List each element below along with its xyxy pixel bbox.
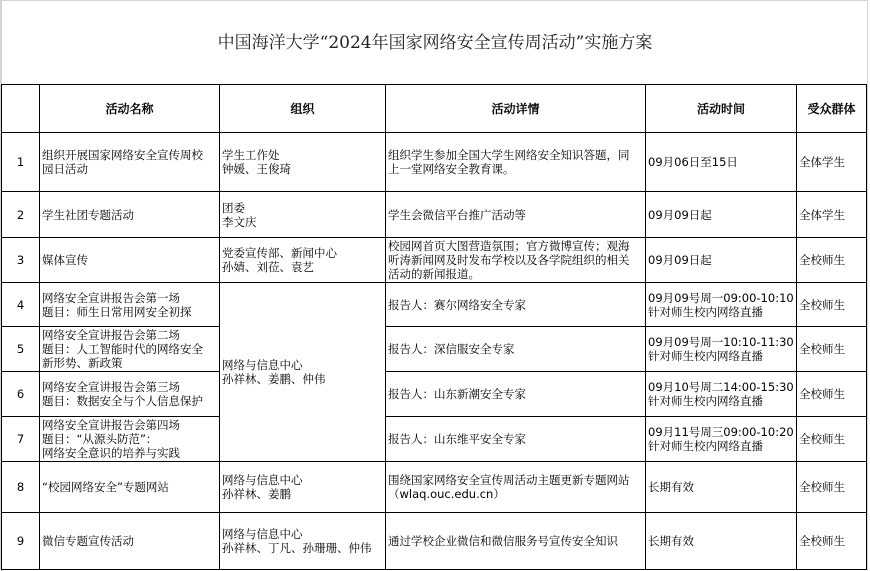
audience: 全体学生: [797, 192, 867, 238]
row-index: 5: [2, 327, 40, 372]
row-index-text: 2: [4, 208, 37, 222]
organizer-text: 党委宣传部、新闻中心: [222, 246, 383, 260]
activity-details: 报告人：深信服安全专家: [386, 327, 646, 372]
activity-name-text: 媒体宣传: [42, 253, 217, 267]
header-activity-name: 活动名称: [40, 85, 220, 133]
activity-name-text: 题目：师生日常用网安全初探: [42, 305, 217, 319]
audience-text: 全校师生: [799, 253, 864, 267]
audience-text: 全校师生: [799, 387, 864, 401]
audience-text: 全校师生: [799, 480, 864, 494]
activity-details: 校园网首页大图营造氛围；官方微博宣传；观海听涛新闻网及时发布学校以及各学院组织的…: [386, 238, 646, 283]
organizer: 团委李文庆: [220, 192, 386, 238]
activity-name: 网络安全宣讲报告会第四场题目：“从源头防范”：网络安全意识的培养与实践: [40, 417, 220, 462]
activity-time: 09月06日至15日: [646, 133, 797, 192]
activity-details-text: 听涛新闻网及时发布学校以及各学院组织的相关: [388, 253, 643, 267]
activity-details-text: 报告人：深信服安全专家: [388, 342, 643, 356]
organizer: 网络与信息中心孙祥林、姜鹏、仲伟: [220, 283, 386, 462]
activity-name: 学生社团专题活动: [40, 192, 220, 238]
activity-details: 围绕国家网络安全宣传周活动主题更新专题网站（wlaq.ouc.edu.cn）: [386, 462, 646, 513]
table-row: 6网络安全宣讲报告会第三场题目：数据安全与个人信息保护报告人：山东新潮安全专家0…: [2, 372, 867, 417]
organizer-text: 网络与信息中心: [222, 473, 383, 487]
organizer: 网络与信息中心孙祥林、姜鹏: [220, 462, 386, 513]
table-row: 9微信专题宣传活动网络与信息中心孙祥林、丁凡、孙珊珊、仲伟通过学校企业微信和微信…: [2, 513, 867, 570]
header-index: [2, 85, 40, 133]
activity-details-text: 报告人：赛尔网络安全专家: [388, 298, 643, 312]
activity-details: 报告人：山东维平安全专家: [386, 417, 646, 462]
table-row: 2学生社团专题活动团委李文庆学生会微信平台推广活动等09月09日起全体学生: [2, 192, 867, 238]
organizer-text: 孙婧、刘莅、袁艺: [222, 260, 383, 274]
audience: 全校师生: [797, 327, 867, 372]
activity-name-text: 网络安全宣讲报告会第四场: [42, 418, 217, 432]
activity-name-text: 网络安全意识的培养与实践: [42, 446, 217, 460]
row-index-text: 8: [4, 480, 37, 494]
activity-time: 长期有效: [646, 462, 797, 513]
organizer-text: 钟媛、王俊琦: [222, 162, 383, 176]
row-index-text: 4: [4, 298, 37, 312]
organizer-text: 孙祥林、丁凡、孙珊珊、仲伟: [222, 541, 383, 555]
activity-name-text: “校园网络安全”专题网站: [42, 480, 217, 494]
organizer: 学生工作处钟媛、王俊琦: [220, 133, 386, 192]
activity-time-text: 针对师生校内网络直播: [648, 439, 794, 453]
activity-details-text: 通过学校企业微信和微信服务号宣传安全知识: [388, 534, 643, 548]
audience: 全校师生: [797, 372, 867, 417]
audience-text: 全校师生: [799, 298, 864, 312]
row-index: 8: [2, 462, 40, 513]
activity-name: 微信专题宣传活动: [40, 513, 220, 570]
audience: 全校师生: [797, 513, 867, 570]
activity-details-text: 活动的新闻报道。: [388, 267, 643, 281]
audience-text: 全体学生: [799, 208, 864, 222]
table-header-row: 活动名称 组织 活动详情 活动时间 受众群体: [2, 85, 867, 133]
organizer-text: 团委: [222, 201, 383, 215]
table-row: 4网络安全宣讲报告会第一场题目：师生日常用网安全初探网络与信息中心孙祥林、姜鹏、…: [2, 283, 867, 327]
audience-text: 全校师生: [799, 534, 864, 548]
audience: 全体学生: [797, 133, 867, 192]
audience-text: 全校师生: [799, 432, 864, 446]
row-index-text: 9: [4, 534, 37, 548]
organizer-text: 网络与信息中心: [222, 527, 383, 541]
audience: 全校师生: [797, 462, 867, 513]
activity-name-text: 题目：“从源头防范”：: [42, 432, 217, 446]
activity-details-text: 报告人：山东新潮安全专家: [388, 387, 643, 401]
activity-name: 网络安全宣讲报告会第二场题目：人工智能时代的网络安全新形势、新政策: [40, 327, 220, 372]
activity-time-text: 长期有效: [648, 480, 794, 494]
activity-time-text: 长期有效: [648, 534, 794, 548]
activity-details: 组织学生参加全国大学生网络安全知识答题，同上一堂网络安全教育课。: [386, 133, 646, 192]
plan-table: 活动名称 组织 活动详情 活动时间 受众群体 1组织开展国家网络安全宣传周校园日…: [1, 84, 867, 570]
audience-text: 全校师生: [799, 342, 864, 356]
activity-name-text: 学生社团专题活动: [42, 208, 217, 222]
activity-time: 长期有效: [646, 513, 797, 570]
table-row: 3媒体宣传党委宣传部、新闻中心孙婧、刘莅、袁艺校园网首页大图营造氛围；官方微博宣…: [2, 238, 867, 283]
activity-name-text: 题目：人工智能时代的网络安全: [42, 342, 217, 356]
activity-name: 媒体宣传: [40, 238, 220, 283]
activity-time: 09月09日起: [646, 238, 797, 283]
table-row: 8“校园网络安全”专题网站网络与信息中心孙祥林、姜鹏围绕国家网络安全宣传周活动主…: [2, 462, 867, 513]
activity-details-text: 围绕国家网络安全宣传周活动主题更新专题网站: [388, 473, 643, 487]
activity-name-text: 新形势、新政策: [42, 356, 217, 370]
activity-time-text: 09月09号周一10:10-11:30: [648, 335, 794, 349]
activity-time-text: 针对师生校内网络直播: [648, 349, 794, 363]
table-row: 1组织开展国家网络安全宣传周校园日活动学生工作处钟媛、王俊琦组织学生参加全国大学…: [2, 133, 867, 192]
activity-name: 网络安全宣讲报告会第一场题目：师生日常用网安全初探: [40, 283, 220, 327]
activity-time-text: 09月06日至15日: [648, 155, 794, 169]
activity-time-text: 09月11号周三09:00-10:20: [648, 425, 794, 439]
activity-time-text: 针对师生校内网络直播: [648, 305, 794, 319]
activity-name-text: 组织开展国家网络安全宣传周校: [42, 148, 217, 162]
table-row: 5网络安全宣讲报告会第二场题目：人工智能时代的网络安全新形势、新政策报告人：深信…: [2, 327, 867, 372]
row-index: 4: [2, 283, 40, 327]
activity-details-text: 报告人：山东维平安全专家: [388, 432, 643, 446]
audience: 全校师生: [797, 238, 867, 283]
activity-name: 组织开展国家网络安全宣传周校园日活动: [40, 133, 220, 192]
organizer: 网络与信息中心孙祥林、丁凡、孙珊珊、仲伟: [220, 513, 386, 570]
organizer: 党委宣传部、新闻中心孙婧、刘莅、袁艺: [220, 238, 386, 283]
row-index-text: 7: [4, 432, 37, 446]
activity-name-text: 网络安全宣讲报告会第一场: [42, 291, 217, 305]
activity-name-text: 题目：数据安全与个人信息保护: [42, 394, 217, 408]
audience: 全校师生: [797, 417, 867, 462]
activity-name-text: 园日活动: [42, 162, 217, 176]
table-row: 7网络安全宣讲报告会第四场题目：“从源头防范”：网络安全意识的培养与实践报告人：…: [2, 417, 867, 462]
row-index: 6: [2, 372, 40, 417]
activity-time-text: 09月09号周一09:00-10:10: [648, 291, 794, 305]
header-organizer: 组织: [220, 85, 386, 133]
activity-details: 报告人：赛尔网络安全专家: [386, 283, 646, 327]
audience-text: 全体学生: [799, 155, 864, 169]
activity-name-text: 微信专题宣传活动: [42, 534, 217, 548]
header-details: 活动详情: [386, 85, 646, 133]
activity-details-text: （wlaq.ouc.edu.cn）: [388, 487, 643, 501]
row-index: 9: [2, 513, 40, 570]
activity-name-text: 网络安全宣讲报告会第二场: [42, 328, 217, 342]
activity-time-text: 09月09日起: [648, 208, 794, 222]
activity-name: 网络安全宣讲报告会第三场题目：数据安全与个人信息保护: [40, 372, 220, 417]
row-index: 2: [2, 192, 40, 238]
header-audience: 受众群体: [797, 85, 867, 133]
activity-details: 学生会微信平台推广活动等: [386, 192, 646, 238]
header-time: 活动时间: [646, 85, 797, 133]
row-index-text: 6: [4, 387, 37, 401]
activity-time-text: 针对师生校内网络直播: [648, 394, 794, 408]
activity-details-text: 学生会微信平台推广活动等: [388, 208, 643, 222]
organizer-text: 孙祥林、姜鹏、仲伟: [222, 372, 383, 386]
activity-time-text: 09月10号周二14:00-15:30: [648, 380, 794, 394]
activity-time: 09月10号周二14:00-15:30针对师生校内网络直播: [646, 372, 797, 417]
organizer-text: 孙祥林、姜鹏: [222, 487, 383, 501]
activity-name-text: 网络安全宣讲报告会第三场: [42, 380, 217, 394]
activity-time: 09月09号周一10:10-11:30针对师生校内网络直播: [646, 327, 797, 372]
activity-name: “校园网络安全”专题网站: [40, 462, 220, 513]
audience: 全校师生: [797, 283, 867, 327]
activity-time: 09月11号周三09:00-10:20针对师生校内网络直播: [646, 417, 797, 462]
activity-details-text: 上一堂网络安全教育课。: [388, 162, 643, 176]
organizer-text: 李文庆: [222, 215, 383, 229]
organizer-text: 学生工作处: [222, 148, 383, 162]
organizer-text: 网络与信息中心: [222, 358, 383, 372]
row-index: 1: [2, 133, 40, 192]
activity-details-text: 校园网首页大图营造氛围；官方微博宣传；观海: [388, 239, 643, 253]
row-index-text: 3: [4, 253, 37, 267]
activity-time-text: 09月09日起: [648, 253, 794, 267]
row-index: 7: [2, 417, 40, 462]
document-title: 中国海洋大学“2024年国家网络安全宣传周活动”实施方案: [0, 28, 870, 53]
row-index-text: 1: [4, 155, 37, 169]
activity-details-text: 组织学生参加全国大学生网络安全知识答题，同: [388, 148, 643, 162]
activity-time: 09月09日起: [646, 192, 797, 238]
row-index-text: 5: [4, 342, 37, 356]
activity-time: 09月09号周一09:00-10:10针对师生校内网络直播: [646, 283, 797, 327]
activity-details: 报告人：山东新潮安全专家: [386, 372, 646, 417]
row-index: 3: [2, 238, 40, 283]
activity-details: 通过学校企业微信和微信服务号宣传安全知识: [386, 513, 646, 570]
